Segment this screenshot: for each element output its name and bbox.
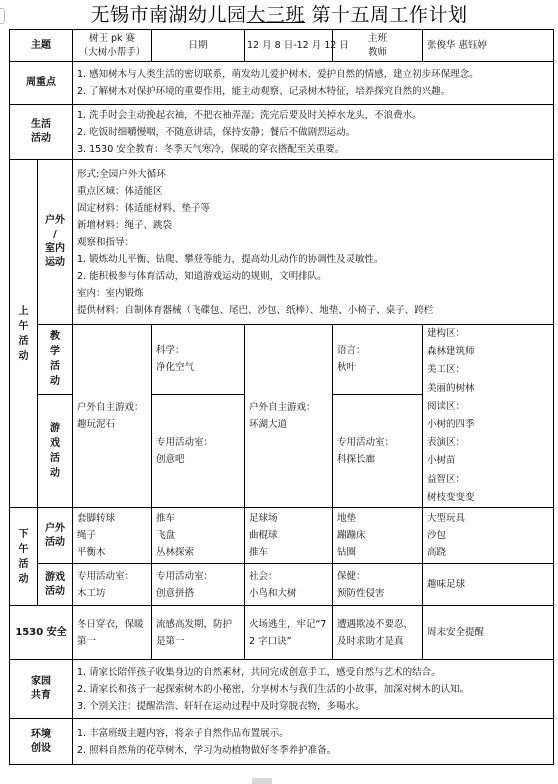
- safety-row: 1530 安全 冬日穿衣，保暖第一 流感高发期，防护是第一 火场逃生，牢记“72…: [10, 606, 554, 660]
- thu-teaching-cell: 语言： 秋叶: [333, 325, 423, 395]
- wed-safety-cell: 火场逃生，牢记“72 字口诀”: [245, 606, 333, 660]
- morning-label: 上 午 活 动: [10, 160, 38, 508]
- fri-outdoor-cell: 大型玩具沙包高跷: [423, 508, 554, 564]
- area-line: 森林建筑师: [427, 343, 549, 361]
- tue-game-cell: 专用活动室： 创意吧: [152, 394, 245, 507]
- theme-value-line: 树王 pk 赛: [77, 32, 147, 46]
- teaching-label: 教 学 活 动: [38, 325, 73, 395]
- life-activity-row: 生活活动 1. 洗手时会主动挽起衣袖，不把衣袖弄湿；洗完后要及时关掉水龙头，不浪…: [10, 105, 554, 160]
- exercise-line: 提供材料：自制体育器械（飞碟包、尾巴、沙包、纸棒）、地垫、小椅子、桌子、跨栏: [77, 302, 549, 319]
- cell-line: 专用活动室：: [156, 434, 240, 451]
- theme-value-line: （大树小帮手）: [77, 46, 147, 60]
- label-line: 环境: [12, 728, 70, 742]
- weekly-focus-item: 1. 感知树木与人类生活的密切联系，萌发幼儿爱护树木、爱护自然的情感，建立初步环…: [77, 66, 549, 83]
- cell-line: 曲棍球: [249, 527, 328, 544]
- page-title: 无锡市南湖幼儿园大三班 第十五周工作计划: [0, 0, 558, 30]
- home-school-content: 1. 请家长陪伴孩子收集身边的自然素材，共同完成创意手工，感受自然与艺术的结合。…: [73, 660, 554, 719]
- safety-label: 1530 安全: [10, 606, 73, 660]
- tue-outdoor-cell: 推车飞盘丛林探索: [152, 508, 245, 564]
- exercise-line: 重点区域：体适能区: [77, 183, 549, 200]
- area-line: 小树苗: [427, 452, 549, 470]
- cell-line: 专用活动室：: [156, 568, 240, 585]
- home-school-item: 2. 请家长和孩子一起探索树木的小秘密，分享树木与我们生活的小故事，加深对树木的…: [77, 681, 549, 698]
- weekly-focus-label: 周重点: [10, 62, 73, 105]
- wed-outdoor-cell: 足球场曲棍球推车: [245, 508, 333, 564]
- label-line: 共育: [12, 689, 70, 703]
- cell-line: 套脚转球: [77, 510, 147, 527]
- thu-outdoor-cell: 地垫蹦蹦床钻圈: [333, 508, 423, 564]
- cell-line: 净化空气: [156, 359, 240, 376]
- cell-line: 专用活动室：: [337, 434, 418, 451]
- environment-item: 1. 丰富班级主题内容，将亲子自然作品布置展示。: [77, 725, 549, 742]
- label-char: 活: [49, 359, 61, 374]
- environment-label: 环境创设: [10, 719, 73, 765]
- home-school-label: 家园共育: [10, 660, 73, 719]
- exercise-line: 新增材料：绳子、跳袋: [77, 217, 549, 234]
- cell-line: 专用活动室：: [77, 568, 147, 585]
- theme-value: 树王 pk 赛（大树小帮手）: [73, 30, 152, 62]
- label-line: 家园: [12, 675, 70, 689]
- label-char: 午: [18, 542, 30, 557]
- cell-line: 小鸟和大树: [249, 585, 328, 602]
- cell-line: 科探长廊: [337, 451, 418, 468]
- cell-line: 户外自主游戏：: [249, 399, 328, 416]
- label-line: 活动: [40, 536, 70, 550]
- wed-game-cell: 户外自主游戏： 环湖大道: [245, 325, 333, 508]
- exercise-line: 2. 能积极参与体育活动，知道游戏运动的规则，文明排队。: [77, 268, 549, 285]
- cell-line: 大型玩具: [427, 510, 549, 527]
- area-line: 美工区：: [427, 361, 549, 379]
- label-char: 动: [18, 572, 30, 587]
- weekly-focus-item: 2. 了解树木对保护环境的重要作用，能主动观察、记录树木特征，培养探究自然的兴趣…: [77, 83, 549, 100]
- mon-game-cell: 户外自主游戏： 趣玩泥石: [73, 325, 152, 508]
- label-line: 游戏: [40, 571, 70, 585]
- thu-safety-cell: 遭遇欺凌不要忍，及时求助才是真: [333, 606, 423, 660]
- date-value: 12 月 8 日-12 月 12 日: [245, 30, 333, 62]
- environment-content: 1. 丰富班级主题内容，将亲子自然作品布置展示。 2. 照料自然角的花草树木，学…: [73, 719, 554, 765]
- weekly-focus-row: 周重点 1. 感知树木与人类生活的密切联系，萌发幼儿爱护树木、爱护自然的情感，建…: [10, 62, 554, 105]
- home-school-item: 3. 个别关注：提醒浩浩、轩轩在运动过程中及时穿脱衣物，多喝水。: [77, 698, 549, 715]
- cell-line: 推车: [156, 510, 240, 527]
- cell-line: 平衡木: [77, 544, 147, 561]
- afternoon-game-label: 游戏 活动: [38, 564, 73, 606]
- cell-line: 科学：: [156, 342, 240, 359]
- teacher-label-line: 教师: [337, 46, 418, 60]
- cell-line: 钻圈: [337, 544, 418, 561]
- cell-line: 社会：: [249, 568, 328, 585]
- cell-line: 秋叶: [337, 359, 418, 376]
- exercise-line: 室内：室内锻炼: [77, 285, 549, 302]
- cell-line: 推车: [249, 544, 328, 561]
- thu-game-pm-cell: 保健：预防性侵害: [333, 564, 423, 606]
- cell-line: 蹦蹦床: [337, 527, 418, 544]
- life-activity-label: 生活活动: [10, 105, 73, 160]
- cell-line: 绳子: [77, 527, 147, 544]
- area-line: 表演区：: [427, 434, 549, 452]
- thu-game-cell: 专用活动室： 科探长廊: [333, 394, 423, 507]
- exercise-line: 观察和指导：: [77, 234, 549, 251]
- work-plan-table: 主题 树王 pk 赛（大树小帮手） 日期 12 月 8 日-12 月 12 日 …: [9, 29, 554, 765]
- area-line: 阅读区：: [427, 398, 549, 416]
- life-activity-content: 1. 洗手时会主动挽起衣袖，不把衣袖弄湿；洗完后要及时关掉水龙头，不浪费水。 2…: [73, 105, 554, 160]
- label-line: 运动: [40, 256, 70, 270]
- area-line: 美丽的树林: [427, 380, 549, 398]
- teaching-label-text: 教 学 活 动: [49, 329, 61, 389]
- label-line: 活动: [12, 132, 70, 146]
- area-line: 树枝变变变: [427, 489, 549, 507]
- home-school-row: 家园共育 1. 请家长陪伴孩子收集身边的自然素材，共同完成创意手工，感受自然与艺…: [10, 660, 554, 719]
- label-char: 下: [18, 527, 30, 542]
- cell-line: 丛林探索: [156, 544, 240, 561]
- mon-game-pm-cell: 专用活动室：木工坊: [73, 564, 152, 606]
- cell-line: 预防性侵害: [337, 585, 418, 602]
- afternoon-outdoor-row: 下 午 活 动 户外 活动 套脚转球绳子平衡木 推车飞盘丛林探索 足球场曲棍球推…: [10, 508, 554, 564]
- afternoon-outdoor-label: 户外 活动: [38, 508, 73, 564]
- label-line: 户外: [40, 214, 70, 228]
- fri-game-pm-cell: 趣味足球: [423, 564, 554, 606]
- label-char: 午: [18, 319, 30, 334]
- label-char: 活: [49, 451, 61, 466]
- label-line: 创设: [12, 742, 70, 756]
- title-school: 无锡市南湖幼儿园: [90, 4, 246, 26]
- header-row: 主题 树王 pk 赛（大树小帮手） 日期 12 月 8 日-12 月 12 日 …: [10, 30, 554, 62]
- cell-line: 沙包: [427, 527, 549, 544]
- label-char: 活: [18, 557, 30, 572]
- exercise-line: 固定材料：体适能材料、垫子等: [77, 200, 549, 217]
- label-char: 动: [49, 374, 61, 389]
- exercise-label: 户外 / 室内 运动: [38, 160, 73, 325]
- afternoon-label: 下 午 活 动: [10, 508, 38, 606]
- label-char: 游: [49, 421, 61, 436]
- title-class: 大三班: [246, 4, 305, 26]
- label-char: 学: [49, 344, 61, 359]
- cell-line: 语言：: [337, 342, 418, 359]
- exercise-line: 1. 锻炼幼儿平衡、钻爬、攀登等能力，提高幼儿动作的协调性及灵敏性。: [77, 251, 549, 268]
- weekly-focus-content: 1. 感知树木与人类生活的密切联系，萌发幼儿爱护树木、爱护自然的情感，建立初步环…: [73, 62, 554, 105]
- tue-safety-cell: 流感高发期，防护是第一: [152, 606, 245, 660]
- cell-line: 保健：: [337, 568, 418, 585]
- cell-line: 飞盘: [156, 527, 240, 544]
- label-char: 动: [18, 349, 30, 364]
- date-label: 日期: [152, 30, 245, 62]
- fri-areas-cell: 建构区： 森林建筑师 美工区： 美丽的树林 阅读区： 小树的四季 表演区： 小树…: [423, 325, 554, 508]
- tue-game-pm-cell: 专用活动室：创意拼搭: [152, 564, 245, 606]
- mon-outdoor-cell: 套脚转球绳子平衡木: [73, 508, 152, 564]
- morning-label-text: 上 午 活 动: [18, 304, 30, 364]
- label-char: 活: [18, 334, 30, 349]
- cell-line: 创意拼搭: [156, 585, 240, 602]
- label-line: /: [40, 228, 70, 242]
- environment-row: 环境创设 1. 丰富班级主题内容，将亲子自然作品布置展示。 2. 照料自然角的花…: [10, 719, 554, 765]
- afternoon-game-row: 游戏 活动 专用活动室：木工坊 专用活动室：创意拼搭 社会：小鸟和大树 保健：预…: [10, 564, 554, 606]
- label-char: 动: [49, 466, 61, 481]
- cell-line: 户外自主游戏：: [77, 399, 147, 416]
- page-marker: [252, 778, 272, 784]
- cell-line: 趣玩泥石: [77, 416, 147, 433]
- tue-teaching-cell: 科学： 净化空气: [152, 325, 245, 395]
- area-line: 建构区：: [427, 325, 549, 343]
- wed-game-pm-cell: 社会：小鸟和大树: [245, 564, 333, 606]
- label-line: 活动: [40, 585, 70, 599]
- cell-line: 木工坊: [77, 585, 147, 602]
- area-line: 益智区：: [427, 471, 549, 489]
- cell-line: 高跷: [427, 544, 549, 561]
- fri-safety-cell: 周末安全提醒: [423, 606, 554, 660]
- teacher-value: 张俊华 惠钰婷: [423, 30, 554, 62]
- exercise-line: 形式:全园户外大循环: [77, 166, 549, 183]
- cell-line: 创意吧: [156, 451, 240, 468]
- game-label-text: 游 戏 活 动: [49, 421, 61, 481]
- life-activity-item: 3. 1530 安全教育：冬季天气寒冷，保暖的穿衣搭配至关重要。: [77, 141, 549, 158]
- exercise-content: 形式:全园户外大循环 重点区域：体适能区 固定材料：体适能材料、垫子等 新增材料…: [73, 160, 554, 325]
- label-line: 户外: [40, 522, 70, 536]
- cell-line: 趣味足球: [427, 576, 549, 593]
- afternoon-label-text: 下 午 活 动: [18, 527, 30, 587]
- label-char: 教: [49, 329, 61, 344]
- environment-item: 2. 照料自然角的花草树木，学习为动植物做好冬季养护准备。: [77, 742, 549, 759]
- life-activity-item: 1. 洗手时会主动挽起衣袖，不把衣袖弄湿；洗完后要及时关掉水龙头，不浪费水。: [77, 107, 549, 124]
- mon-safety-cell: 冬日穿衣，保暖第一: [73, 606, 152, 660]
- cell-line: 足球场: [249, 510, 328, 527]
- theme-label: 主题: [10, 30, 73, 62]
- life-activity-item: 2. 吃饭时细嚼慢咽，不随意讲话，保持安静；餐后不做剧烈运动。: [77, 124, 549, 141]
- label-line: 生活: [12, 118, 70, 132]
- label-char: 戏: [49, 436, 61, 451]
- title-week: 第十五周工作计划: [305, 4, 468, 26]
- cell-line: 环湖大道: [249, 416, 328, 433]
- label-char: 上: [18, 304, 30, 319]
- teaching-row: 教 学 活 动 户外自主游戏： 趣玩泥石 科学： 净化空气 户外自主游戏： 环湖…: [10, 325, 554, 395]
- label-line: 室内: [40, 242, 70, 256]
- morning-exercise-row: 上 午 活 动 户外 / 室内 运动 形式:全园户外大循环 重点区域：体适能区 …: [10, 160, 554, 325]
- area-line: 小树的四季: [427, 416, 549, 434]
- teacher-label-line: 主班: [337, 32, 418, 46]
- home-school-item: 1. 请家长陪伴孩子收集身边的自然素材，共同完成创意手工，感受自然与艺术的结合。: [77, 664, 549, 681]
- game-label: 游 戏 活 动: [38, 394, 73, 507]
- cell-line: 地垫: [337, 510, 418, 527]
